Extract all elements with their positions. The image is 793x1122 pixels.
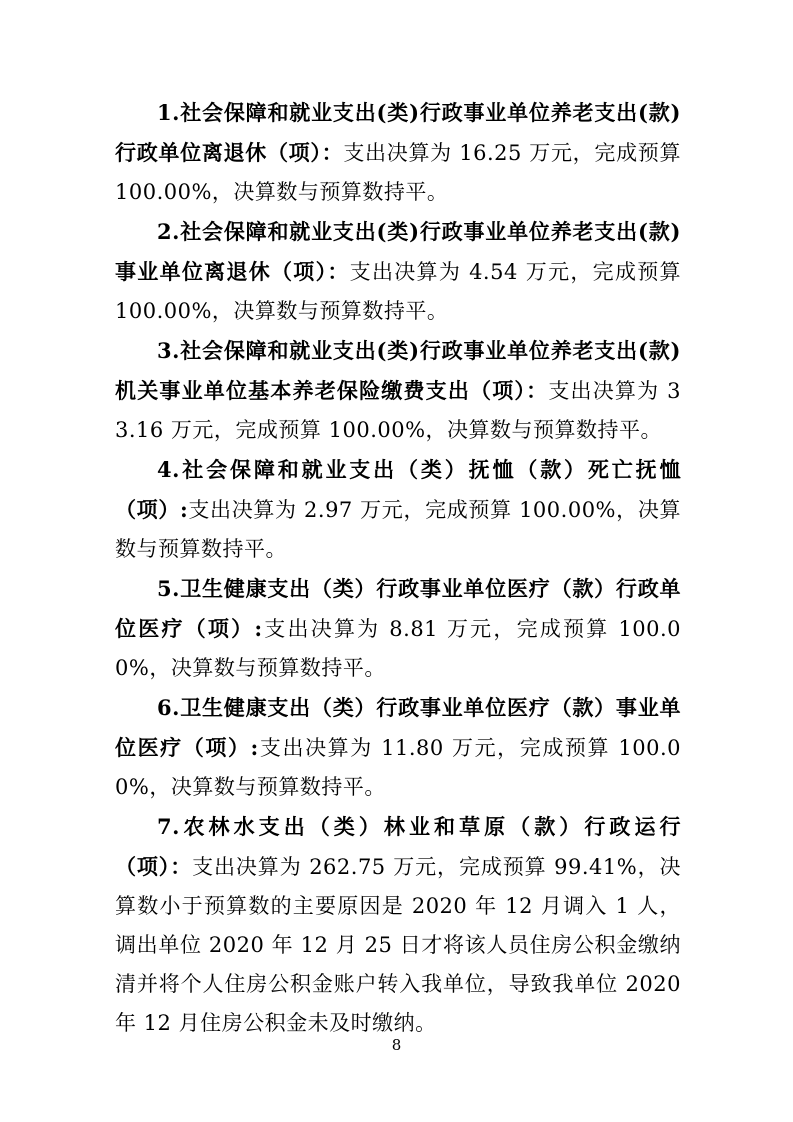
paragraph: 2.社会保障和就业支出(类)行政事业单位养老支出(款)事业单位离退休（项）：支出… [115, 212, 681, 331]
document-body: 1.社会保障和就业支出(类)行政事业单位养老支出(款)行政单位离退休（项）：支出… [115, 93, 681, 1043]
paragraph: 4.社会保障和就业支出（类）抚恤（款）死亡抚恤（项）:支出决算为 2.97 万元… [115, 450, 681, 569]
paragraph: 1.社会保障和就业支出(类)行政事业单位养老支出(款)行政单位离退休（项）：支出… [115, 93, 681, 212]
paragraph: 6.卫生健康支出（类）行政事业单位医疗（款）事业单位医疗（项）:支出决算为 11… [115, 688, 681, 807]
page-number: 8 [392, 1036, 402, 1054]
document-page: 1.社会保障和就业支出(类)行政事业单位养老支出(款)行政单位离退休（项）：支出… [0, 0, 793, 1122]
paragraph: 7.农林水支出（类）林业和草原（款）行政运行（项）：支出决算为 262.75 万… [115, 807, 681, 1043]
paragraph-body-text: 支出决算为 262.75 万元，完成预算 99.41%，决算数小于预算数的主要原… [115, 855, 681, 1035]
paragraph: 3.社会保障和就业支出(类)行政事业单位养老支出(款)机关事业单位基本养老保险缴… [115, 331, 681, 450]
paragraph-body-text: 支出决算为 2.97 万元，完成预算 100.00%，决算数与预算数持平。 [115, 498, 681, 561]
paragraph: 5.卫生健康支出（类）行政事业单位医疗（款）行政单位医疗（项）:支出决算为 8.… [115, 569, 681, 688]
page-footer: 8 [0, 1035, 793, 1054]
